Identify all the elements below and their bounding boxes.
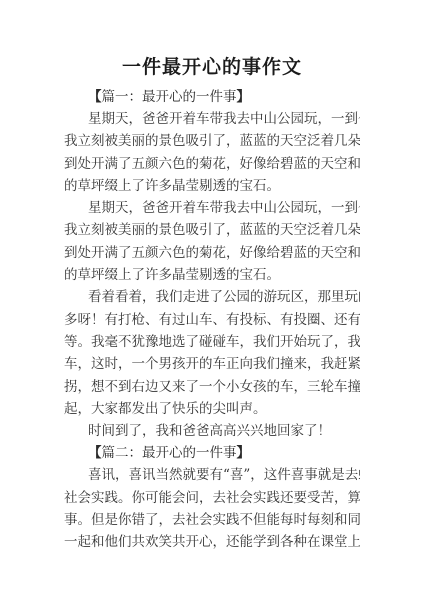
paragraph-line: 我立刻被美丽的景色吸引了，蓝蓝的天空泛着几朵白云， (64, 130, 360, 152)
paragraph-line: 等。我毫不犹豫地选了碰碰车，我们开始玩了，我来开 (64, 331, 360, 353)
paragraph-line: 星期天，爸爸开着车带我去中山公园玩，一到公园， (64, 197, 360, 219)
paragraph-line: 车，这时，一个男孩开的车正向我们撞来，我赶紧向右 (64, 353, 360, 375)
document-title: 一件最开心的事作文 (0, 52, 424, 79)
paragraph-line: 拐，想不到右边又来了一个小女孩的车，三轮车撞在一 (64, 376, 360, 398)
paragraph: 星期天，爸爸开着车带我去中山公园玩，一到公园， 我立刻被美丽的景色吸引了，蓝蓝的… (64, 108, 360, 197)
paragraph-line: 的草坪缀上了许多晶莹剔透的宝石。 (64, 175, 360, 197)
document-body: 【篇一：最开心的一件事】 星期天，爸爸开着车带我去中山公园玩，一到公园， 我立刻… (64, 86, 360, 554)
section-heading-text: 篇二：最开心的一件事 (102, 445, 237, 461)
paragraph-line: 多呀！有打枪、有过山车、有投标、有投圈、还有碰碰车 (64, 309, 360, 331)
section-heading-text: 篇一：最开心的一件事 (102, 89, 237, 105)
paragraph-line: 的草坪缀上了许多晶莹剔透的宝石。 (64, 264, 360, 286)
paragraph-line: 起，大家都发出了快乐的尖叫声。 (64, 398, 360, 420)
paragraph: 看着看着，我们走进了公园的游玩区，那里玩的可真 多呀！有打枪、有过山车、有投标、… (64, 286, 360, 420)
paragraph-line: 到处开满了五颜六色的菊花，好像给碧蓝的天空和绿油油 (64, 153, 360, 175)
paragraph-line: 星期天，爸爸开着车带我去中山公园玩，一到公园， (64, 108, 360, 130)
paragraph-line: 一起和他们共欢笑共开心，还能学到各种在课堂上学不到 (64, 531, 360, 553)
section-heading-2: 【篇二：最开心的一件事】 (64, 442, 360, 464)
paragraph-line: 看着看着，我们走进了公园的游玩区，那里玩的可真 (64, 286, 360, 308)
paragraph: 喜讯，喜讯当然就要有“喜”，这件喜事就是去螺洲 社会实践。你可能会问，去社会实践… (64, 464, 360, 553)
heading-bracket-open: 【 (88, 445, 102, 461)
heading-bracket-open: 【 (88, 89, 102, 105)
section-heading-1: 【篇一：最开心的一件事】 (64, 86, 360, 108)
heading-bracket-close: 】 (237, 89, 251, 105)
paragraph: 时间到了，我和爸爸高高兴兴地回家了！ (64, 420, 360, 442)
paragraph-line: 到处开满了五颜六色的菊花，好像给碧蓝的天空和绿油油 (64, 242, 360, 264)
paragraph-line: 事。但是你错了，去社会实践不但能每时每刻和同学们在 (64, 509, 360, 531)
paragraph-line: 喜讯，喜讯当然就要有“喜”，这件喜事就是去螺洲 (64, 464, 360, 486)
paragraph-line: 我立刻被美丽的景色吸引了，蓝蓝的天空泛着几朵白云， (64, 219, 360, 241)
paragraph-line: 社会实践。你可能会问，去社会实践还要受苦，算什么喜 (64, 487, 360, 509)
paragraph-line: 时间到了，我和爸爸高高兴兴地回家了！ (64, 420, 360, 442)
heading-bracket-close: 】 (237, 445, 251, 461)
paragraph: 星期天，爸爸开着车带我去中山公园玩，一到公园， 我立刻被美丽的景色吸引了，蓝蓝的… (64, 197, 360, 286)
